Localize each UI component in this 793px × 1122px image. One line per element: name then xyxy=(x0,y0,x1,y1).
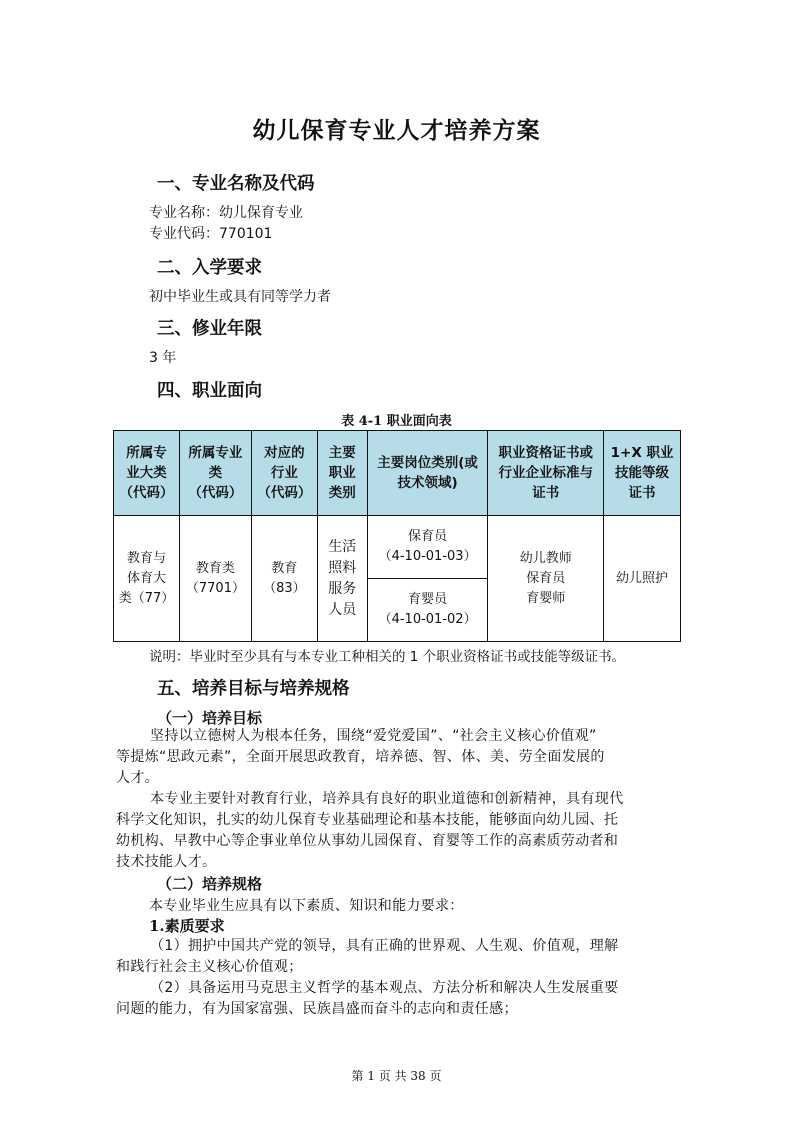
goals-paragraph-2: 本专业主要针对教育行业，培养具有良好的职业道德和创新精神，具有现代 科学文化知识… xyxy=(116,789,682,873)
cell-x-certificate: 幼儿照护 xyxy=(604,516,681,642)
quality-requirements-heading: 1.素质要求 xyxy=(149,915,225,936)
subsection-heading-goals: （一）培养目标 xyxy=(157,707,262,728)
goals-paragraph-1: 坚持以立德树人为根本任务，围绕“爱党爱国”、“社会主义核心价值观” 等提炼“思政… xyxy=(116,726,682,789)
cell-industry: 教育（83） xyxy=(251,516,317,642)
specs-intro: 本专业毕业生应具有以下素质、知识和能力要求： xyxy=(149,895,464,915)
quality-item-1: （1）拥护中国共产党的领导，具有正确的世界观、人生观、价值观，理解 和践行社会主… xyxy=(116,936,682,978)
cell-position-2: 育婴员（4-10-01-02） xyxy=(367,579,488,642)
section-heading-4: 四、职业面向 xyxy=(157,377,262,402)
table-caption: 表 4-1 职业面向表 xyxy=(0,410,793,429)
page-footer: 第 1 页 共 38 页 xyxy=(0,1067,793,1084)
major-name: 专业名称：幼儿保育专业 xyxy=(149,202,303,222)
table-note: 说明：毕业时至少具有与本专业工种相关的 1 个职业资格证书或技能等级证书。 xyxy=(149,645,625,665)
cell-certificates: 幼儿教师保育员育婴师 xyxy=(488,516,604,642)
header-industry: 对应的行业（代码） xyxy=(251,431,317,516)
quality-item-2: （2）具备运用马克思主义哲学的基本观点、方法分析和解决人生发展重要 问题的能力，… xyxy=(116,978,682,1020)
duration-text: 3 年 xyxy=(149,347,176,367)
cell-major-class: 教育类（7701） xyxy=(179,516,251,642)
header-x-certificate: 1+X 职业技能等级证书 xyxy=(604,431,681,516)
cell-major-category: 教育与体育大类（77） xyxy=(114,516,180,642)
header-major-class: 所属专业类（代码） xyxy=(179,431,251,516)
admission-text: 初中毕业生或具有同等学力者 xyxy=(149,286,331,306)
section-heading-3: 三、修业年限 xyxy=(157,315,262,340)
major-code: 专业代码：770101 xyxy=(149,223,272,243)
table-row: 教育与体育大类（77） 教育类（7701） 教育（83） 生活照料服务人员 保育… xyxy=(114,516,681,579)
subsection-heading-specs: （二）培养规格 xyxy=(157,873,262,894)
header-occupation: 主要职业类别 xyxy=(317,431,367,516)
table-header-row: 所属专业大类（代码） 所属专业类（代码） 对应的行业（代码） 主要职业类别 主要… xyxy=(114,431,681,516)
section-heading-2: 二、入学要求 xyxy=(157,254,262,279)
section-heading-1: 一、专业名称及代码 xyxy=(157,170,315,195)
header-major-category: 所属专业大类（代码） xyxy=(114,431,180,516)
document-title: 幼儿保育专业人才培养方案 xyxy=(0,112,793,145)
header-certificates: 职业资格证书或行业企业标准与证书 xyxy=(488,431,604,516)
cell-occupation: 生活照料服务人员 xyxy=(317,516,367,642)
header-positions: 主要岗位类别(或技术领域) xyxy=(367,431,488,516)
section-heading-5: 五、培养目标与培养规格 xyxy=(157,675,350,700)
cell-position-1: 保育员（4-10-01-03） xyxy=(367,516,488,579)
occupation-table: 所属专业大类（代码） 所属专业类（代码） 对应的行业（代码） 主要职业类别 主要… xyxy=(113,430,681,642)
